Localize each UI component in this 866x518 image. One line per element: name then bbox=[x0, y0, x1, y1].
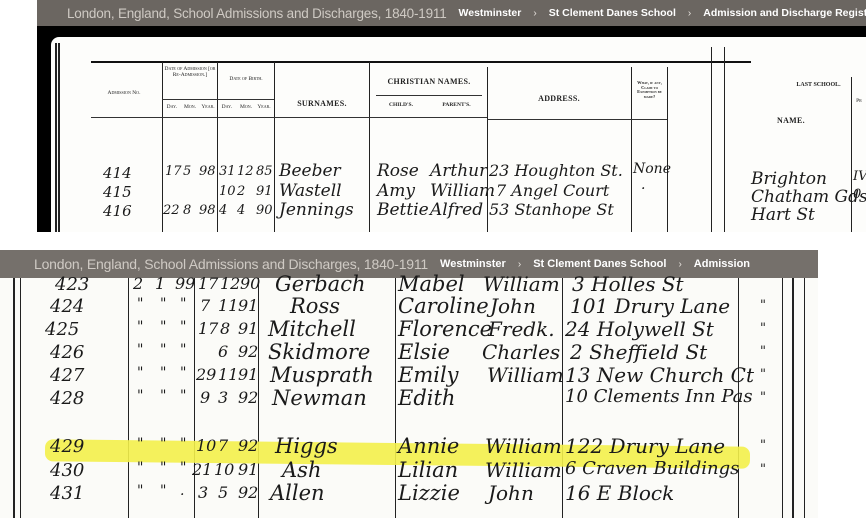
row-surname: Skidmore bbox=[268, 340, 370, 364]
row-parent-name: John bbox=[490, 294, 536, 318]
row-parent-name: Fredk. bbox=[488, 317, 555, 341]
row-admission-no: 415 bbox=[103, 183, 132, 201]
row-surname: Beeber bbox=[279, 161, 341, 181]
row-admission-no: 424 bbox=[50, 296, 84, 317]
row-parent-name: Alfred bbox=[430, 200, 483, 220]
register-page-scan: Admission No. Date of Admission [or Re-A… bbox=[51, 37, 866, 232]
row-last-school: Hart St bbox=[751, 205, 815, 225]
row-surname: Mitchell bbox=[268, 317, 356, 341]
row-child-name: Elsie bbox=[398, 340, 450, 364]
row-exemption: None bbox=[633, 161, 671, 177]
row-address: 13 New Church Ct bbox=[565, 363, 754, 387]
row-parent-name: William bbox=[487, 363, 564, 387]
breadcrumb-separator-icon: › bbox=[688, 8, 691, 19]
row-address: 2 Sheffield St bbox=[570, 340, 707, 364]
row-child-name: Edith bbox=[398, 386, 455, 410]
row-parent-name: John bbox=[488, 481, 534, 505]
row-child-name: Lilian bbox=[398, 458, 458, 482]
row-exemption: " bbox=[760, 367, 766, 382]
col-childs: CHILD'S. bbox=[376, 103, 426, 109]
breadcrumb-school[interactable]: St Clement Danes School bbox=[533, 258, 666, 270]
row-surname: Gerbach bbox=[275, 272, 366, 296]
row-child-name: Florence bbox=[398, 317, 492, 341]
row-exemption: " bbox=[760, 344, 766, 359]
row-exemption: " bbox=[760, 298, 766, 313]
row-surname: Ross bbox=[290, 294, 340, 318]
row-parent-name: William bbox=[430, 181, 495, 201]
row-parent-name: Arthur bbox=[430, 161, 487, 181]
row-child-name: Caroline bbox=[398, 294, 489, 318]
row-admission-no: 429 bbox=[50, 436, 84, 457]
col-date-of-birth: Date of Birth. bbox=[218, 77, 274, 83]
col-dob-mon: Mon. bbox=[237, 105, 255, 111]
row-admission-no: 416 bbox=[103, 202, 132, 220]
col-adm-mon: Mon. bbox=[181, 105, 199, 111]
row-exemption: " bbox=[760, 462, 766, 477]
row-child-name: Emily bbox=[398, 363, 459, 387]
collection-title-link[interactable]: London, England, School Admissions and D… bbox=[67, 6, 447, 21]
collection-title-link[interactable]: London, England, School Admissions and D… bbox=[34, 256, 428, 272]
row-surname: Ash bbox=[282, 458, 321, 482]
register-image-bottom: London, England, School Admissions and D… bbox=[0, 250, 818, 518]
row-address: 7 Angel Court bbox=[496, 181, 609, 200]
image-title-bar-top: London, England, School Admissions and D… bbox=[37, 0, 866, 26]
col-last-school: LAST SCHOOL. bbox=[771, 82, 866, 88]
header-rule bbox=[91, 61, 751, 63]
row-exemption: " bbox=[760, 390, 766, 405]
col-address: ADDRESS. bbox=[487, 95, 631, 103]
row-surname: Newman bbox=[272, 386, 367, 410]
breadcrumb-register[interactable]: Admission bbox=[694, 258, 750, 270]
row-last-school: Brighton bbox=[751, 169, 827, 189]
row-surname: Musprath bbox=[270, 363, 374, 387]
row-parent-name: William bbox=[485, 434, 562, 458]
register-row: 428 " " " 9 3 92 Newman Edith 10 Clement… bbox=[0, 388, 818, 412]
breadcrumb-separator-icon: › bbox=[678, 259, 681, 270]
row-child-name: Amy bbox=[377, 181, 415, 201]
col-parents: PARENT'S. bbox=[429, 103, 484, 109]
col-last-school-name: NAME. bbox=[741, 117, 841, 125]
col-date-of-admission: Date of Admission [or Re-Admission.] bbox=[163, 67, 217, 79]
row-last-school: Chatham Gds bbox=[751, 187, 866, 207]
row-child-name: Rose bbox=[377, 161, 419, 181]
breadcrumb-westminster[interactable]: Westminster bbox=[459, 7, 522, 19]
row-admission-no: 430 bbox=[50, 460, 84, 481]
col-christian-names: CHRISTIAN NAMES. bbox=[376, 78, 482, 86]
row-admission-no: 425 bbox=[45, 319, 79, 340]
page-spine bbox=[55, 43, 60, 232]
row-parent-name: Charles bbox=[482, 340, 560, 364]
col-pr: Pr bbox=[852, 99, 866, 105]
col-adm-year: Year. bbox=[199, 105, 217, 111]
row-address: 16 E Block bbox=[565, 481, 674, 505]
row-exemption: " bbox=[760, 438, 766, 453]
row-admission-no: 414 bbox=[103, 164, 132, 182]
row-surname: Jennings bbox=[279, 200, 354, 220]
col-exemption: What, if any, Claim to Exemption be made… bbox=[632, 81, 667, 100]
row-surname: Allen bbox=[270, 481, 325, 505]
row-exemption: · bbox=[641, 181, 645, 197]
row-admission-no: 426 bbox=[50, 342, 84, 363]
row-child-name: Bettie bbox=[377, 200, 429, 220]
row-surname: Higgs bbox=[275, 434, 338, 458]
row-admission-no: 431 bbox=[50, 483, 84, 504]
row-admission-no: 428 bbox=[50, 388, 84, 409]
row-address: 6 Craven Buildings bbox=[565, 458, 739, 479]
register-image-top: London, England, School Admissions and D… bbox=[37, 0, 866, 232]
row-child-name: Lizzie bbox=[398, 481, 460, 505]
row-parent-name: William bbox=[483, 272, 560, 296]
col-dob-day: Day. bbox=[218, 105, 236, 111]
row-surname: Wastell bbox=[279, 181, 342, 201]
col-adm-day: Day. bbox=[163, 105, 181, 111]
breadcrumb-westminster[interactable]: Westminster bbox=[440, 258, 506, 270]
row-child-name: Mabel bbox=[398, 272, 465, 296]
row-child-name: Annie bbox=[398, 434, 459, 458]
row-parent-name: William bbox=[485, 458, 562, 482]
col-admission-no: Admission No. bbox=[99, 91, 149, 97]
register-row: 431 " " . 3 5 92 Allen Lizzie John 16 E … bbox=[0, 483, 818, 507]
breadcrumb-separator-icon: › bbox=[518, 259, 521, 270]
row-address: 3 Holles St bbox=[572, 272, 684, 296]
breadcrumb-school[interactable]: St Clement Danes School bbox=[549, 7, 676, 19]
row-admission-no: 423 bbox=[55, 274, 89, 295]
row-address: 10 Clements Inn Pas bbox=[565, 386, 753, 407]
row-address: 101 Drury Lane bbox=[570, 294, 730, 318]
col-dob-year: Year. bbox=[255, 105, 273, 111]
row-address: 24 Holywell St bbox=[565, 317, 714, 341]
col-surnames: SURNAMES. bbox=[275, 100, 369, 108]
row-address: 23 Houghton St. bbox=[489, 161, 623, 180]
breadcrumb-separator-icon: › bbox=[533, 8, 536, 19]
row-address: 122 Drury Lane bbox=[565, 434, 725, 458]
row-exemption: " bbox=[760, 321, 766, 336]
breadcrumb-register[interactable]: Admission and Discharge Register bbox=[703, 7, 866, 19]
row-address: 53 Stanhope St bbox=[489, 200, 614, 219]
row-admission-no: 427 bbox=[50, 365, 84, 386]
